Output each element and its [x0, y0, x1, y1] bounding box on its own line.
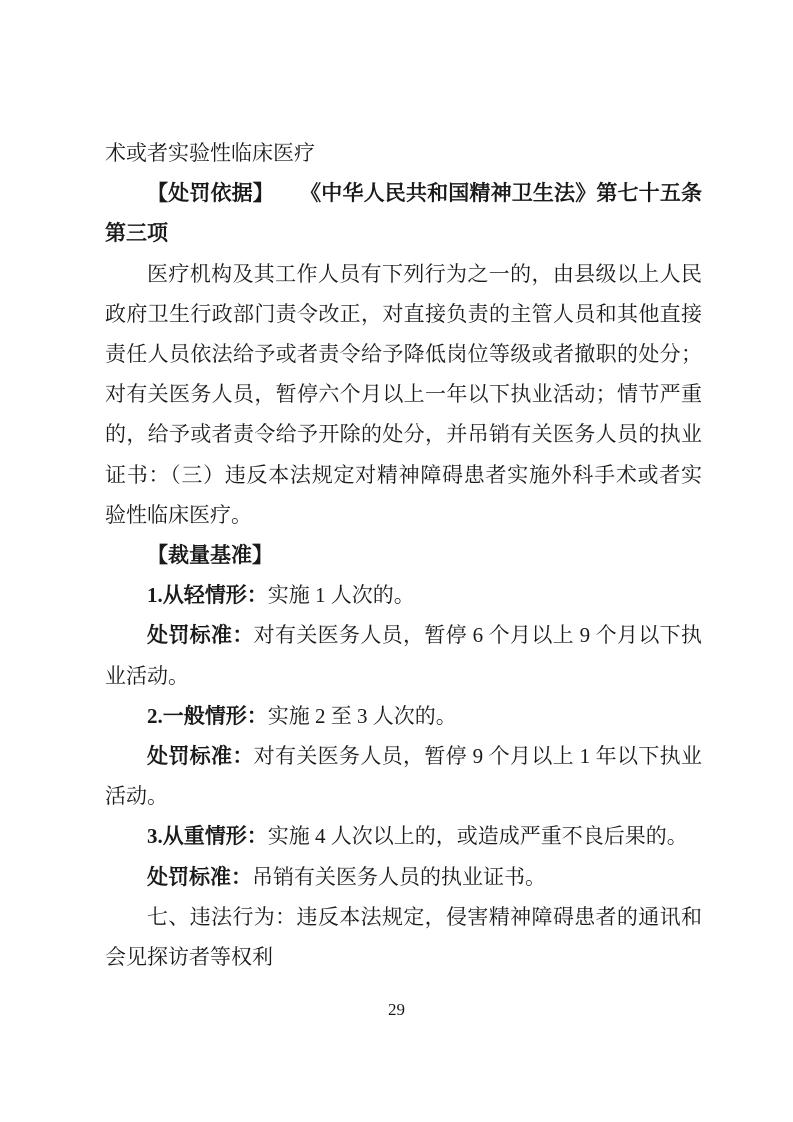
- general-case-label: 2.一般情形：: [147, 704, 268, 728]
- page-number: 29: [0, 1000, 793, 1020]
- document-page: 术或者实验性临床医疗 【处罚依据】《中华人民共和国精神卫生法》第七十五条第三项 …: [0, 0, 793, 1122]
- paragraph-next-violation: 七、违法行为：违反本法规定，侵害精神障碍患者的通讯和会见探访者等权利: [105, 897, 702, 977]
- general-case-text: 实施 2 至 3 人次的。: [268, 704, 457, 728]
- severe-penalty-text: 吊销有关医务人员的执业证书。: [252, 865, 546, 889]
- heading-discretion-criteria: 【裁量基准】: [105, 535, 702, 575]
- paragraph-severe-case: 3.从重情形：实施 4 人次以上的，或造成严重不良后果的。: [105, 816, 702, 856]
- paragraph-penalty-basis: 【处罚依据】《中华人民共和国精神卫生法》第七十五条第三项: [105, 173, 702, 253]
- paragraph-law-excerpt: 医疗机构及其工作人员有下列行为之一的，由县级以上人民政府卫生行政部门责令改正，对…: [105, 254, 702, 535]
- lenient-case-text: 实施 1 人次的。: [268, 583, 415, 607]
- paragraph-severe-penalty: 处罚标准：吊销有关医务人员的执业证书。: [105, 857, 702, 897]
- paragraph-lenient-penalty: 处罚标准：对有关医务人员，暂停 6 个月以上 9 个月以下执业活动。: [105, 615, 702, 695]
- paragraph-general-penalty: 处罚标准：对有关医务人员，暂停 9 个月以上 1 年以下执业活动。: [105, 736, 702, 816]
- paragraph-continuation: 术或者实验性临床医疗: [105, 133, 702, 173]
- severe-case-text: 实施 4 人次以上的，或造成严重不良后果的。: [268, 824, 688, 848]
- penalty-basis-spacer: [274, 199, 300, 200]
- lenient-penalty-label: 处罚标准：: [147, 623, 254, 647]
- severe-penalty-label: 处罚标准：: [147, 865, 252, 889]
- severe-case-label: 3.从重情形：: [147, 824, 268, 848]
- paragraph-general-case: 2.一般情形：实施 2 至 3 人次的。: [105, 696, 702, 736]
- document-body: 术或者实验性临床医疗 【处罚依据】《中华人民共和国精神卫生法》第七十五条第三项 …: [105, 133, 702, 977]
- lenient-case-label: 1.从轻情形：: [147, 583, 268, 607]
- penalty-basis-label: 【处罚依据】: [147, 181, 274, 205]
- general-penalty-label: 处罚标准：: [147, 744, 254, 768]
- paragraph-lenient-case: 1.从轻情形：实施 1 人次的。: [105, 575, 702, 615]
